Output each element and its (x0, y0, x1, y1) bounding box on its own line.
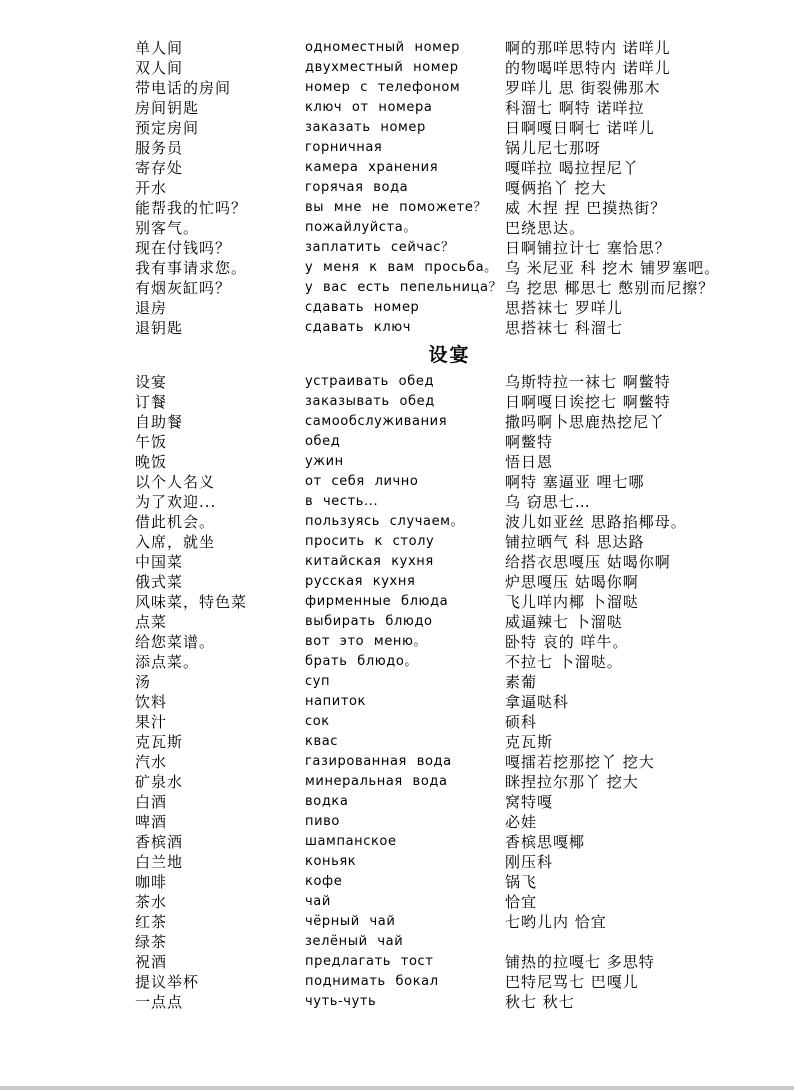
phrase-transliteration: 巴特尼骂七 巴嘎儿 (505, 972, 764, 992)
phrase-row: 带电话的房间 номер с телефоном 罗咩儿 思 街裂佛那木 (135, 78, 764, 98)
phrase-transliteration: 威 木捏 捏 巴摸热街？ (505, 198, 764, 218)
phrase-row: 汽水 газированная вода 嘎擂若挖那挖丫 挖大 (135, 752, 764, 772)
phrase-russian: поднимать бокал (305, 972, 505, 992)
phrase-transliteration: 罗咩儿 思 街裂佛那木 (505, 78, 764, 98)
phrase-russian: чёрный чай (305, 912, 505, 932)
phrase-row: 绿茶 зелёный чай (135, 932, 764, 952)
phrase-row: 中国菜 китайская кухня 给搭衣思嘎压 姑喝你啊 (135, 552, 764, 572)
phrase-row: 饮料 напиток 拿逼哒科 (135, 692, 764, 712)
phrase-russian: у меня к вам просьба。 (305, 258, 505, 278)
phrase-chinese: 咖啡 (135, 872, 305, 892)
phrase-transliteration: 乌 挖思 椰思七 憋别而尼擦？ (505, 278, 764, 298)
phrase-row: 单人间 одноместный номер 啊的那咩思特内 诺咩儿 (135, 38, 764, 58)
phrase-transliteration: 锅儿尼七那呀 (505, 138, 764, 158)
phrase-chinese: 别客气。 (135, 218, 305, 238)
phrase-transliteration: 乌 米尼亚 科 挖木 铺罗塞吧。 (505, 258, 764, 278)
phrase-transliteration: 撒吗啊卜思鹿热挖尼丫 (505, 412, 764, 432)
phrase-row: 提议举杯 поднимать бокал 巴特尼骂七 巴嘎儿 (135, 972, 764, 992)
phrase-row: 晚饭 ужин 悟日恩 (135, 452, 764, 472)
phrase-chinese: 单人间 (135, 38, 305, 58)
phrase-chinese: 中国菜 (135, 552, 305, 572)
phrase-row: 订餐 заказывать обед 日啊嘎日诶挖七 啊鳖特 (135, 392, 764, 412)
phrase-transliteration: 威逼辣七 卜溜哒 (505, 612, 764, 632)
phrase-russian: коньяк (305, 852, 505, 872)
phrase-chinese: 有烟灰缸吗？ (135, 278, 305, 298)
phrase-russian: предлагать тост (305, 952, 505, 972)
phrase-row: 白酒 водка 窝特嘎 (135, 792, 764, 812)
phrase-row: 房间钥匙 ключ от номера 科溜七 啊特 诺咩拉 (135, 98, 764, 118)
phrase-chinese: 能帮我的忙吗？ (135, 198, 305, 218)
phrase-russian: китайская кухня (305, 552, 505, 572)
phrase-row: 茶水 чай 恰宜 (135, 892, 764, 912)
phrase-row: 给您菜谱。 вот это меню。 卧特 哀的 咩牛。 (135, 632, 764, 652)
phrase-chinese: 提议举杯 (135, 972, 305, 992)
phrase-row: 风味菜，特色菜 фирменные блюда 飞儿咩内椰 卜溜哒 (135, 592, 764, 612)
phrase-transliteration: 乌 窃思七… (505, 492, 764, 512)
phrase-chinese: 汽水 (135, 752, 305, 772)
phrase-russian: сок (305, 712, 505, 732)
phrase-chinese: 设宴 (135, 372, 305, 392)
phrase-chinese: 我有事请求您。 (135, 258, 305, 278)
phrase-row: 午饭 обед 啊鳖特 (135, 432, 764, 452)
phrase-russian: от себя лично (305, 472, 505, 492)
phrase-russian: водка (305, 792, 505, 812)
phrase-row: 我有事请求您。 у меня к вам просьба。 乌 米尼亚 科 挖木… (135, 258, 764, 278)
phrase-russian: зелёный чай (305, 932, 505, 952)
phrase-russian: устраивать обед (305, 372, 505, 392)
phrase-chinese: 房间钥匙 (135, 98, 305, 118)
phrase-chinese: 啤酒 (135, 812, 305, 832)
phrase-russian: пользуясь случаем。 (305, 512, 505, 532)
phrase-transliteration: 思搭袜七 科溜七 (505, 318, 764, 338)
phrase-russian: вот это меню。 (305, 632, 505, 652)
phrase-chinese: 预定房间 (135, 118, 305, 138)
phrase-transliteration (505, 932, 764, 952)
phrase-russian: горячая вода (305, 178, 505, 198)
phrase-chinese: 退钥匙 (135, 318, 305, 338)
phrase-russian: пиво (305, 812, 505, 832)
phrase-russian: двухместный номер (305, 58, 505, 78)
phrase-chinese: 开水 (135, 178, 305, 198)
phrase-transliteration: 眯捏拉尔那丫 挖大 (505, 772, 764, 792)
phrase-transliteration: 巴绕思达。 (505, 218, 764, 238)
phrase-russian: русская кухня (305, 572, 505, 592)
phrase-transliteration: 啊的那咩思特内 诺咩儿 (505, 38, 764, 58)
phrase-row: 退房 сдавать номер 思搭袜七 罗咩儿 (135, 298, 764, 318)
phrase-russian: напиток (305, 692, 505, 712)
phrase-chinese: 一点点 (135, 992, 305, 1012)
phrase-row: 白兰地 коньяк 刚压科 (135, 852, 764, 872)
phrase-row: 能帮我的忙吗？ вы мне не поможете？ 威 木捏 捏 巴摸热街？ (135, 198, 764, 218)
phrase-chinese: 风味菜，特色菜 (135, 592, 305, 612)
phrase-transliteration: 啊鳖特 (505, 432, 764, 452)
phrase-chinese: 矿泉水 (135, 772, 305, 792)
phrase-russian: брать блюдо。 (305, 652, 505, 672)
phrase-chinese: 午饭 (135, 432, 305, 452)
phrase-chinese: 白酒 (135, 792, 305, 812)
phrase-chinese: 以个人名义 (135, 472, 305, 492)
phrase-transliteration: 拿逼哒科 (505, 692, 764, 712)
phrase-row: 咖啡 кофе 锅飞 (135, 872, 764, 892)
phrase-russian: заказывать обед (305, 392, 505, 412)
phrase-row: 设宴 устраивать обед 乌斯特拉一袜七 啊鳖特 (135, 372, 764, 392)
phrase-russian: просить к столу (305, 532, 505, 552)
phrase-transliteration: 秋七 秋七 (505, 992, 764, 1012)
phrase-transliteration: 的物喝咩思特内 诺咩儿 (505, 58, 764, 78)
phrase-chinese: 汤 (135, 672, 305, 692)
phrase-chinese: 香槟酒 (135, 832, 305, 852)
phrase-row: 矿泉水 минеральная вода 眯捏拉尔那丫 挖大 (135, 772, 764, 792)
phrase-russian: у вас есть пепельница？ (305, 278, 505, 298)
phrase-row: 别客气。 пожайлуйста。 巴绕思达。 (135, 218, 764, 238)
phrase-chinese: 添点菜。 (135, 652, 305, 672)
phrase-row: 俄式菜 русская кухня 炉思嘎压 姑喝你啊 (135, 572, 764, 592)
phrase-chinese: 俄式菜 (135, 572, 305, 592)
phrase-transliteration: 不拉七 卜溜哒。 (505, 652, 764, 672)
phrase-russian: чай (305, 892, 505, 912)
page-bottom-edge (0, 1086, 794, 1090)
phrase-russian: ужин (305, 452, 505, 472)
phrase-transliteration: 窝特嘎 (505, 792, 764, 812)
phrase-russian: газированная вода (305, 752, 505, 772)
phrase-chinese: 白兰地 (135, 852, 305, 872)
phrase-russian: пожайлуйста。 (305, 218, 505, 238)
phrase-transliteration: 思搭袜七 罗咩儿 (505, 298, 764, 318)
phrase-chinese: 绿茶 (135, 932, 305, 952)
phrase-row: 添点菜。 брать блюдо。 不拉七 卜溜哒。 (135, 652, 764, 672)
phrase-chinese: 果汁 (135, 712, 305, 732)
phrase-russian: чуть-чуть (305, 992, 505, 1012)
phrase-chinese: 给您菜谱。 (135, 632, 305, 652)
phrase-row: 开水 горячая вода 嘎俩掐丫 挖大 (135, 178, 764, 198)
phrase-section-banquet: 设宴 устраивать обед 乌斯特拉一袜七 啊鳖特 订餐 заказы… (135, 372, 764, 1012)
phrase-chinese: 克瓦斯 (135, 732, 305, 752)
phrase-russian: квас (305, 732, 505, 752)
phrase-russian: обед (305, 432, 505, 452)
phrase-transliteration: 嘎咩拉 喝拉捏尼丫 (505, 158, 764, 178)
phrase-russian: шампанское (305, 832, 505, 852)
phrase-row: 自助餐 самообслуживания 撒吗啊卜思鹿热挖尼丫 (135, 412, 764, 432)
phrase-russian: одноместный номер (305, 38, 505, 58)
phrase-chinese: 点菜 (135, 612, 305, 632)
phrase-transliteration: 波儿如亚丝 思路掐椰母。 (505, 512, 764, 532)
phrase-transliteration: 日啊嘎日啊七 诺咩儿 (505, 118, 764, 138)
phrase-chinese: 订餐 (135, 392, 305, 412)
phrase-row: 退钥匙 сдавать ключ 思搭袜七 科溜七 (135, 318, 764, 338)
phrase-row: 汤 суп 素葡 (135, 672, 764, 692)
phrase-chinese: 入席，就坐 (135, 532, 305, 552)
document-page: 单人间 одноместный номер 啊的那咩思特内 诺咩儿 双人间 дв… (0, 0, 794, 1090)
phrase-row: 一点点 чуть-чуть 秋七 秋七 (135, 992, 764, 1012)
phrase-transliteration: 锅飞 (505, 872, 764, 892)
phrase-russian: в честь... (305, 492, 505, 512)
phrase-transliteration: 卧特 哀的 咩牛。 (505, 632, 764, 652)
phrase-russian: заказать номер (305, 118, 505, 138)
phrase-chinese: 祝酒 (135, 952, 305, 972)
phrase-transliteration: 铺热的拉嘎七 多思特 (505, 952, 764, 972)
phrase-chinese: 为了欢迎... (135, 492, 305, 512)
phrase-row: 预定房间 заказать номер 日啊嘎日啊七 诺咩儿 (135, 118, 764, 138)
phrase-row: 为了欢迎... в честь... 乌 窃思七… (135, 492, 764, 512)
phrase-chinese: 红茶 (135, 912, 305, 932)
phrase-chinese: 带电话的房间 (135, 78, 305, 98)
phrase-transliteration: 七哟儿内 恰宜 (505, 912, 764, 932)
phrase-row: 香槟酒 шампанское 香槟思嘎椰 (135, 832, 764, 852)
phrase-chinese: 自助餐 (135, 412, 305, 432)
phrase-transliteration: 恰宜 (505, 892, 764, 912)
phrase-chinese: 借此机会。 (135, 512, 305, 532)
phrase-russian: вы мне не поможете？ (305, 198, 505, 218)
phrase-russian: фирменные блюда (305, 592, 505, 612)
phrase-row: 现在付钱吗？ заплатить сейчас？ 日啊铺拉计七 塞恰思？ (135, 238, 764, 258)
phrase-transliteration: 嘎擂若挖那挖丫 挖大 (505, 752, 764, 772)
phrase-row: 借此机会。 пользуясь случаем。 波儿如亚丝 思路掐椰母。 (135, 512, 764, 532)
phrase-row: 以个人名义 от себя лично 啊特 塞逼亚 哩七哪 (135, 472, 764, 492)
phrase-row: 果汁 сок 硕科 (135, 712, 764, 732)
phrase-row: 双人间 двухместный номер 的物喝咩思特内 诺咩儿 (135, 58, 764, 78)
section-title-banquet: 设宴 (135, 338, 764, 372)
phrase-transliteration: 炉思嘎压 姑喝你啊 (505, 572, 764, 592)
phrase-transliteration: 飞儿咩内椰 卜溜哒 (505, 592, 764, 612)
phrase-chinese: 茶水 (135, 892, 305, 912)
phrase-transliteration: 铺拉晒气 科 思达路 (505, 532, 764, 552)
phrase-row: 有烟灰缸吗？ у вас есть пепельница？ 乌 挖思 椰思七 憋… (135, 278, 764, 298)
phrase-chinese: 寄存处 (135, 158, 305, 178)
phrase-transliteration: 日啊铺拉计七 塞恰思？ (505, 238, 764, 258)
phrase-transliteration: 素葡 (505, 672, 764, 692)
phrase-chinese: 晚饭 (135, 452, 305, 472)
phrase-transliteration: 科溜七 啊特 诺咩拉 (505, 98, 764, 118)
phrase-transliteration: 乌斯特拉一袜七 啊鳖特 (505, 372, 764, 392)
phrase-row: 寄存处 камера хранения 嘎咩拉 喝拉捏尼丫 (135, 158, 764, 178)
phrase-row: 克瓦斯 квас 克瓦斯 (135, 732, 764, 752)
phrase-chinese: 饮料 (135, 692, 305, 712)
phrase-transliteration: 日啊嘎日诶挖七 啊鳖特 (505, 392, 764, 412)
phrase-chinese: 双人间 (135, 58, 305, 78)
phrase-russian: камера хранения (305, 158, 505, 178)
phrase-row: 啤酒 пиво 必娃 (135, 812, 764, 832)
phrase-chinese: 服务员 (135, 138, 305, 158)
phrase-row: 红茶 чёрный чай 七哟儿内 恰宜 (135, 912, 764, 932)
phrase-chinese: 现在付钱吗？ (135, 238, 305, 258)
phrase-russian: кофе (305, 872, 505, 892)
phrasebook-content: 单人间 одноместный номер 啊的那咩思特内 诺咩儿 双人间 дв… (135, 0, 764, 1012)
phrase-row: 服务员 горничная 锅儿尼七那呀 (135, 138, 764, 158)
phrase-transliteration: 嘎俩掐丫 挖大 (505, 178, 764, 198)
phrase-russian: горничная (305, 138, 505, 158)
phrase-row: 入席，就坐 просить к столу 铺拉晒气 科 思达路 (135, 532, 764, 552)
phrase-transliteration: 刚压科 (505, 852, 764, 872)
phrase-transliteration: 克瓦斯 (505, 732, 764, 752)
phrase-russian: сдавать ключ (305, 318, 505, 338)
phrase-russian: выбирать блюдо (305, 612, 505, 632)
phrase-transliteration: 悟日恩 (505, 452, 764, 472)
phrase-russian: суп (305, 672, 505, 692)
phrase-transliteration: 啊特 塞逼亚 哩七哪 (505, 472, 764, 492)
phrase-row: 点菜 выбирать блюдо 威逼辣七 卜溜哒 (135, 612, 764, 632)
phrase-russian: ключ от номера (305, 98, 505, 118)
phrase-russian: номер с телефоном (305, 78, 505, 98)
phrase-russian: сдавать номер (305, 298, 505, 318)
phrase-chinese: 退房 (135, 298, 305, 318)
phrase-transliteration: 必娃 (505, 812, 764, 832)
phrase-transliteration: 硕科 (505, 712, 764, 732)
phrase-transliteration: 给搭衣思嘎压 姑喝你啊 (505, 552, 764, 572)
phrase-russian: минеральная вода (305, 772, 505, 792)
phrase-row: 祝酒 предлагать тост 铺热的拉嘎七 多思特 (135, 952, 764, 972)
phrase-russian: заплатить сейчас？ (305, 238, 505, 258)
phrase-section-hotel: 单人间 одноместный номер 啊的那咩思特内 诺咩儿 双人间 дв… (135, 38, 764, 338)
phrase-transliteration: 香槟思嘎椰 (505, 832, 764, 852)
phrase-russian: самообслуживания (305, 412, 505, 432)
